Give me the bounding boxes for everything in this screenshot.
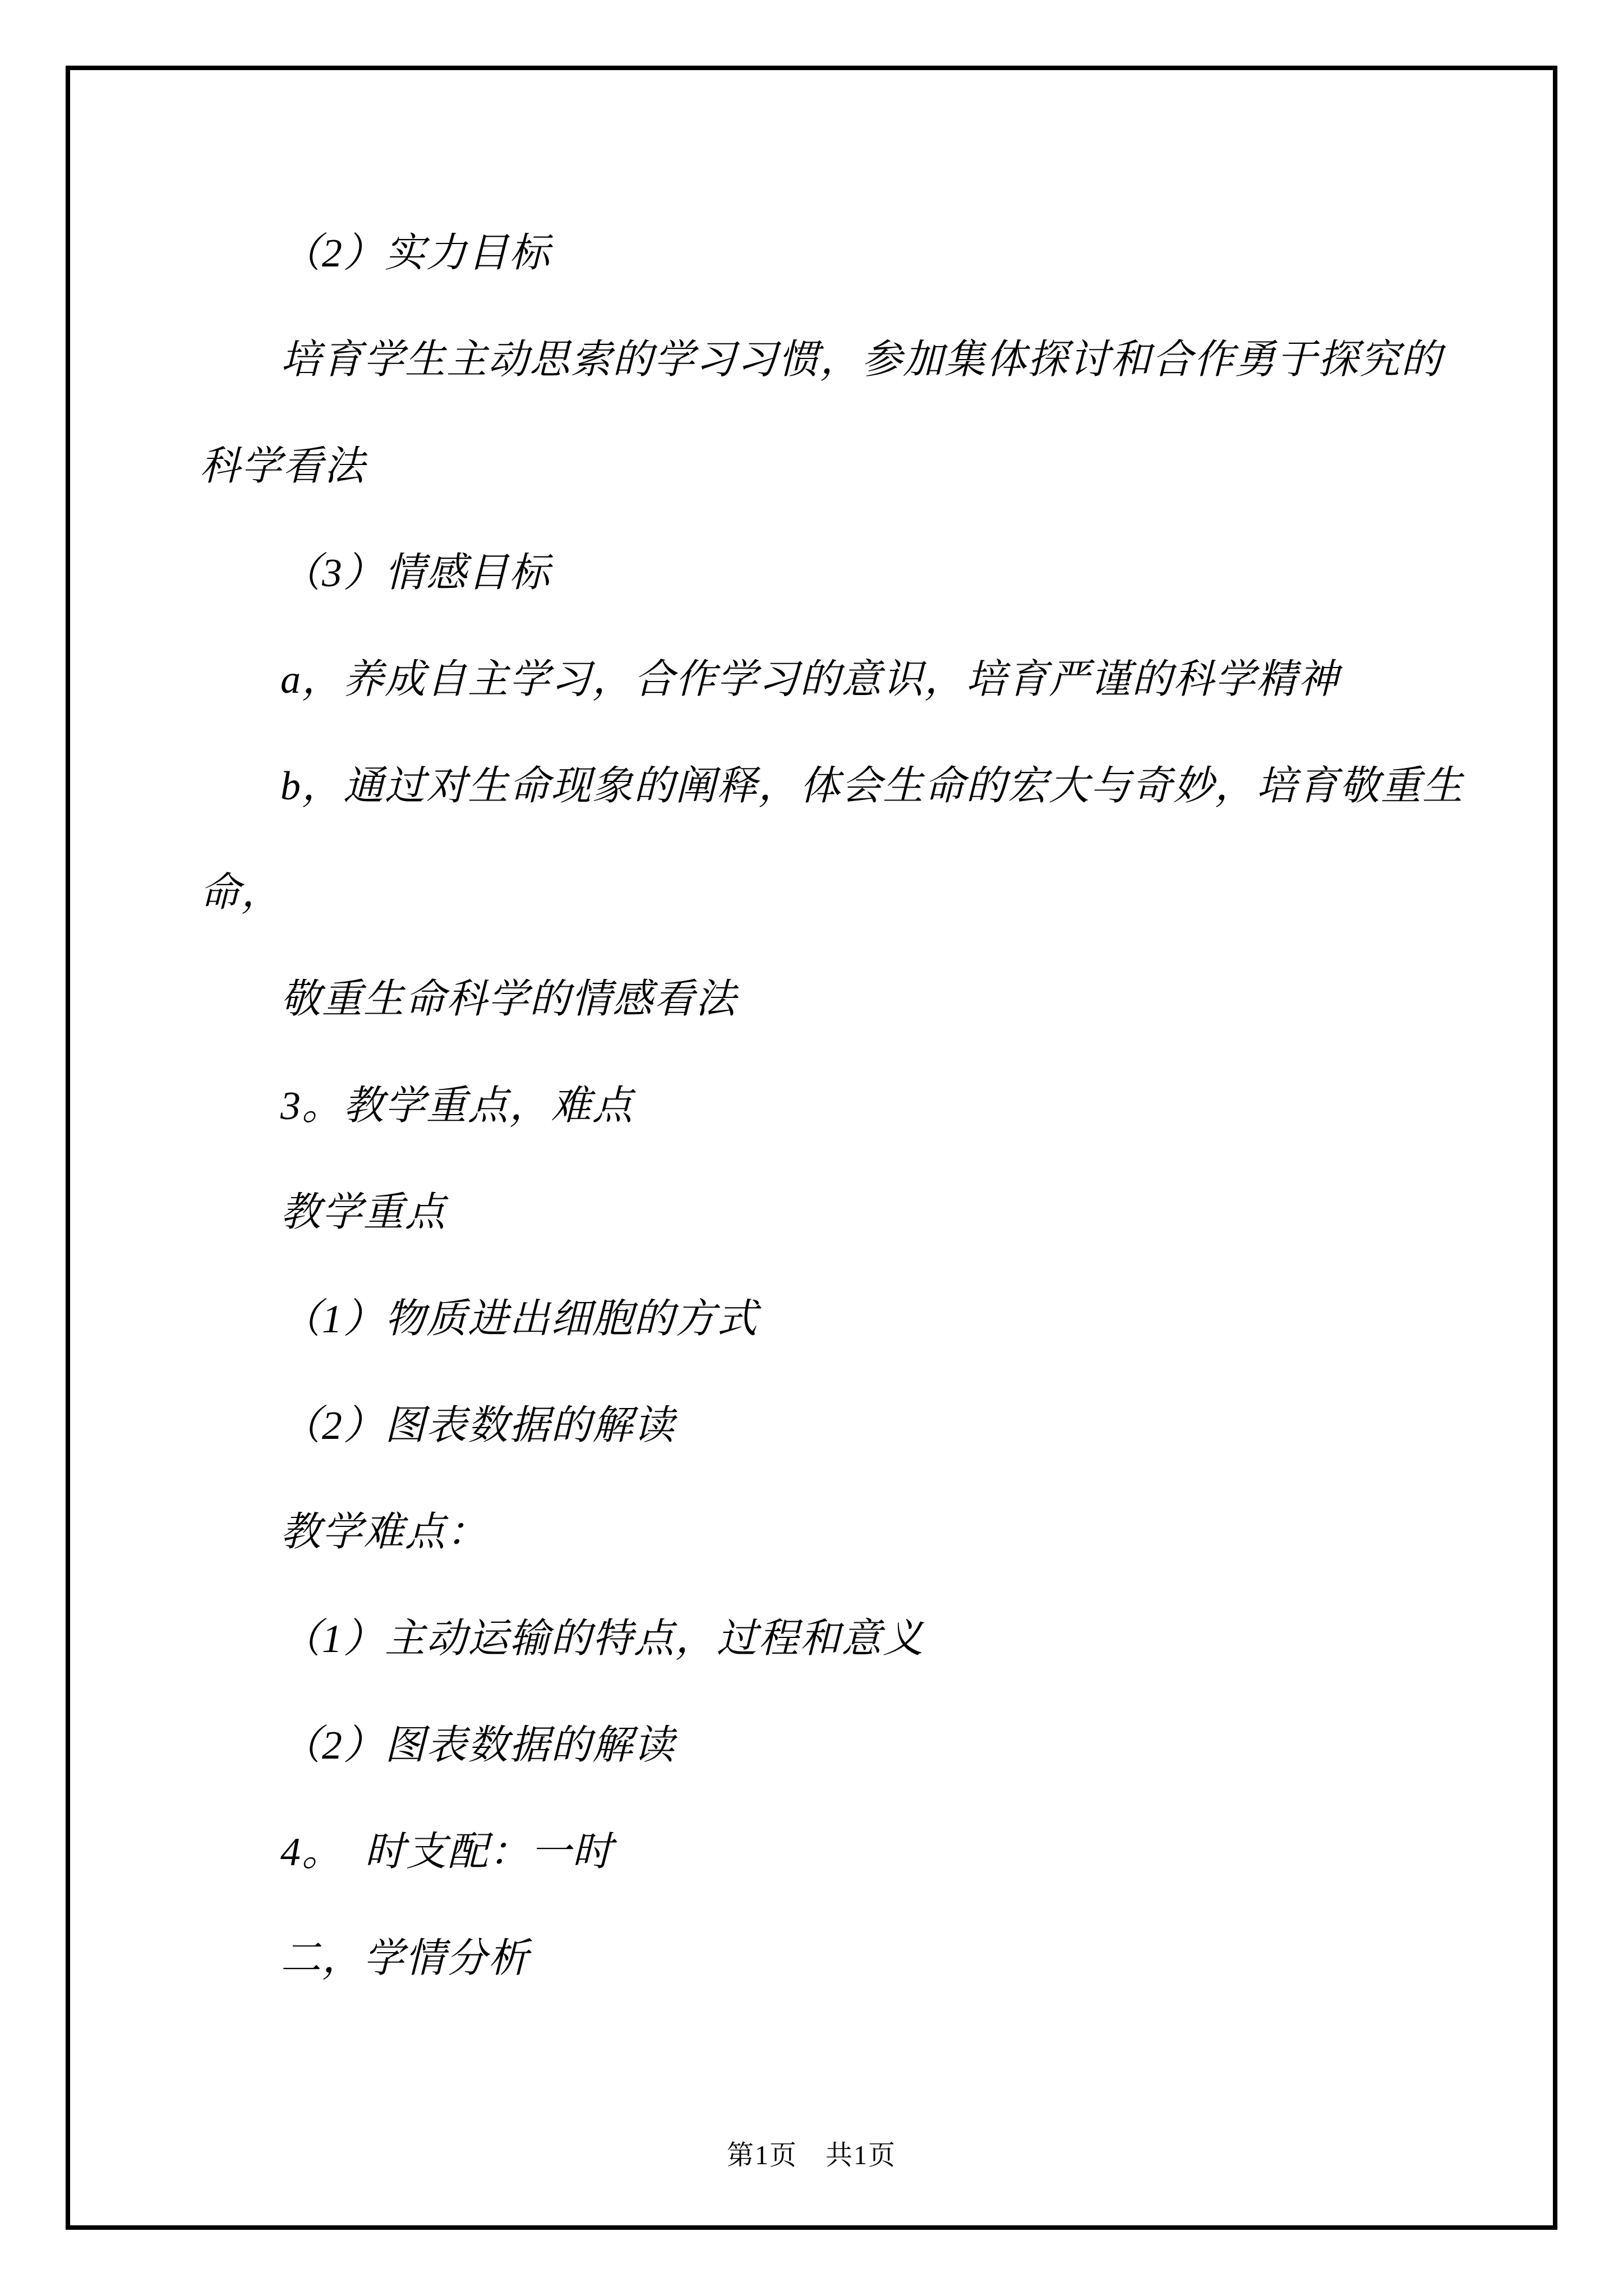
text-line: 教学重点 (200, 1159, 1458, 1266)
page-footer: 第1页 共1页 (70, 2133, 1553, 2172)
text-line: （3）情感目标 (200, 519, 1458, 626)
text-line: b，通过对生命现象的阐释，体会生命的宏大与奇妙，培育敬重生 (200, 733, 1458, 839)
text-line: （2）图表数据的解读 (200, 1372, 1458, 1479)
page-border: （2）实力目标 培育学生主动思索的学习习惯，参加集体探讨和合作勇于探究的 科学看… (66, 66, 1557, 2230)
text-line: 命， (200, 839, 1458, 946)
text-line: a，养成自主学习，合作学习的意识，培育严谨的科学精神 (200, 626, 1458, 733)
text-line: 二，学情分析 (200, 1905, 1458, 2012)
text-line: 科学看法 (200, 413, 1458, 519)
document-content: （2）实力目标 培育学生主动思索的学习习惯，参加集体探讨和合作勇于探究的 科学看… (200, 200, 1458, 2012)
text-line: 敬重生命科学的情感看法 (200, 946, 1458, 1052)
text-line: 教学难点： (200, 1479, 1458, 1585)
text-line: 4。 时支配：一时 (200, 1798, 1458, 1905)
text-line: （2）实力目标 (200, 200, 1458, 306)
text-line: 培育学生主动思索的学习习惯，参加集体探讨和合作勇于探究的 (200, 306, 1458, 413)
text-line: （2）图表数据的解读 (200, 1692, 1458, 1798)
page-number-label: 第1页 共1页 (727, 2141, 896, 2170)
text-line: （1）主动运输的特点，过程和意义 (200, 1585, 1458, 1692)
text-line: （1）物质进出细胞的方式 (200, 1266, 1458, 1372)
text-line: 3。教学重点，难点 (200, 1052, 1458, 1159)
